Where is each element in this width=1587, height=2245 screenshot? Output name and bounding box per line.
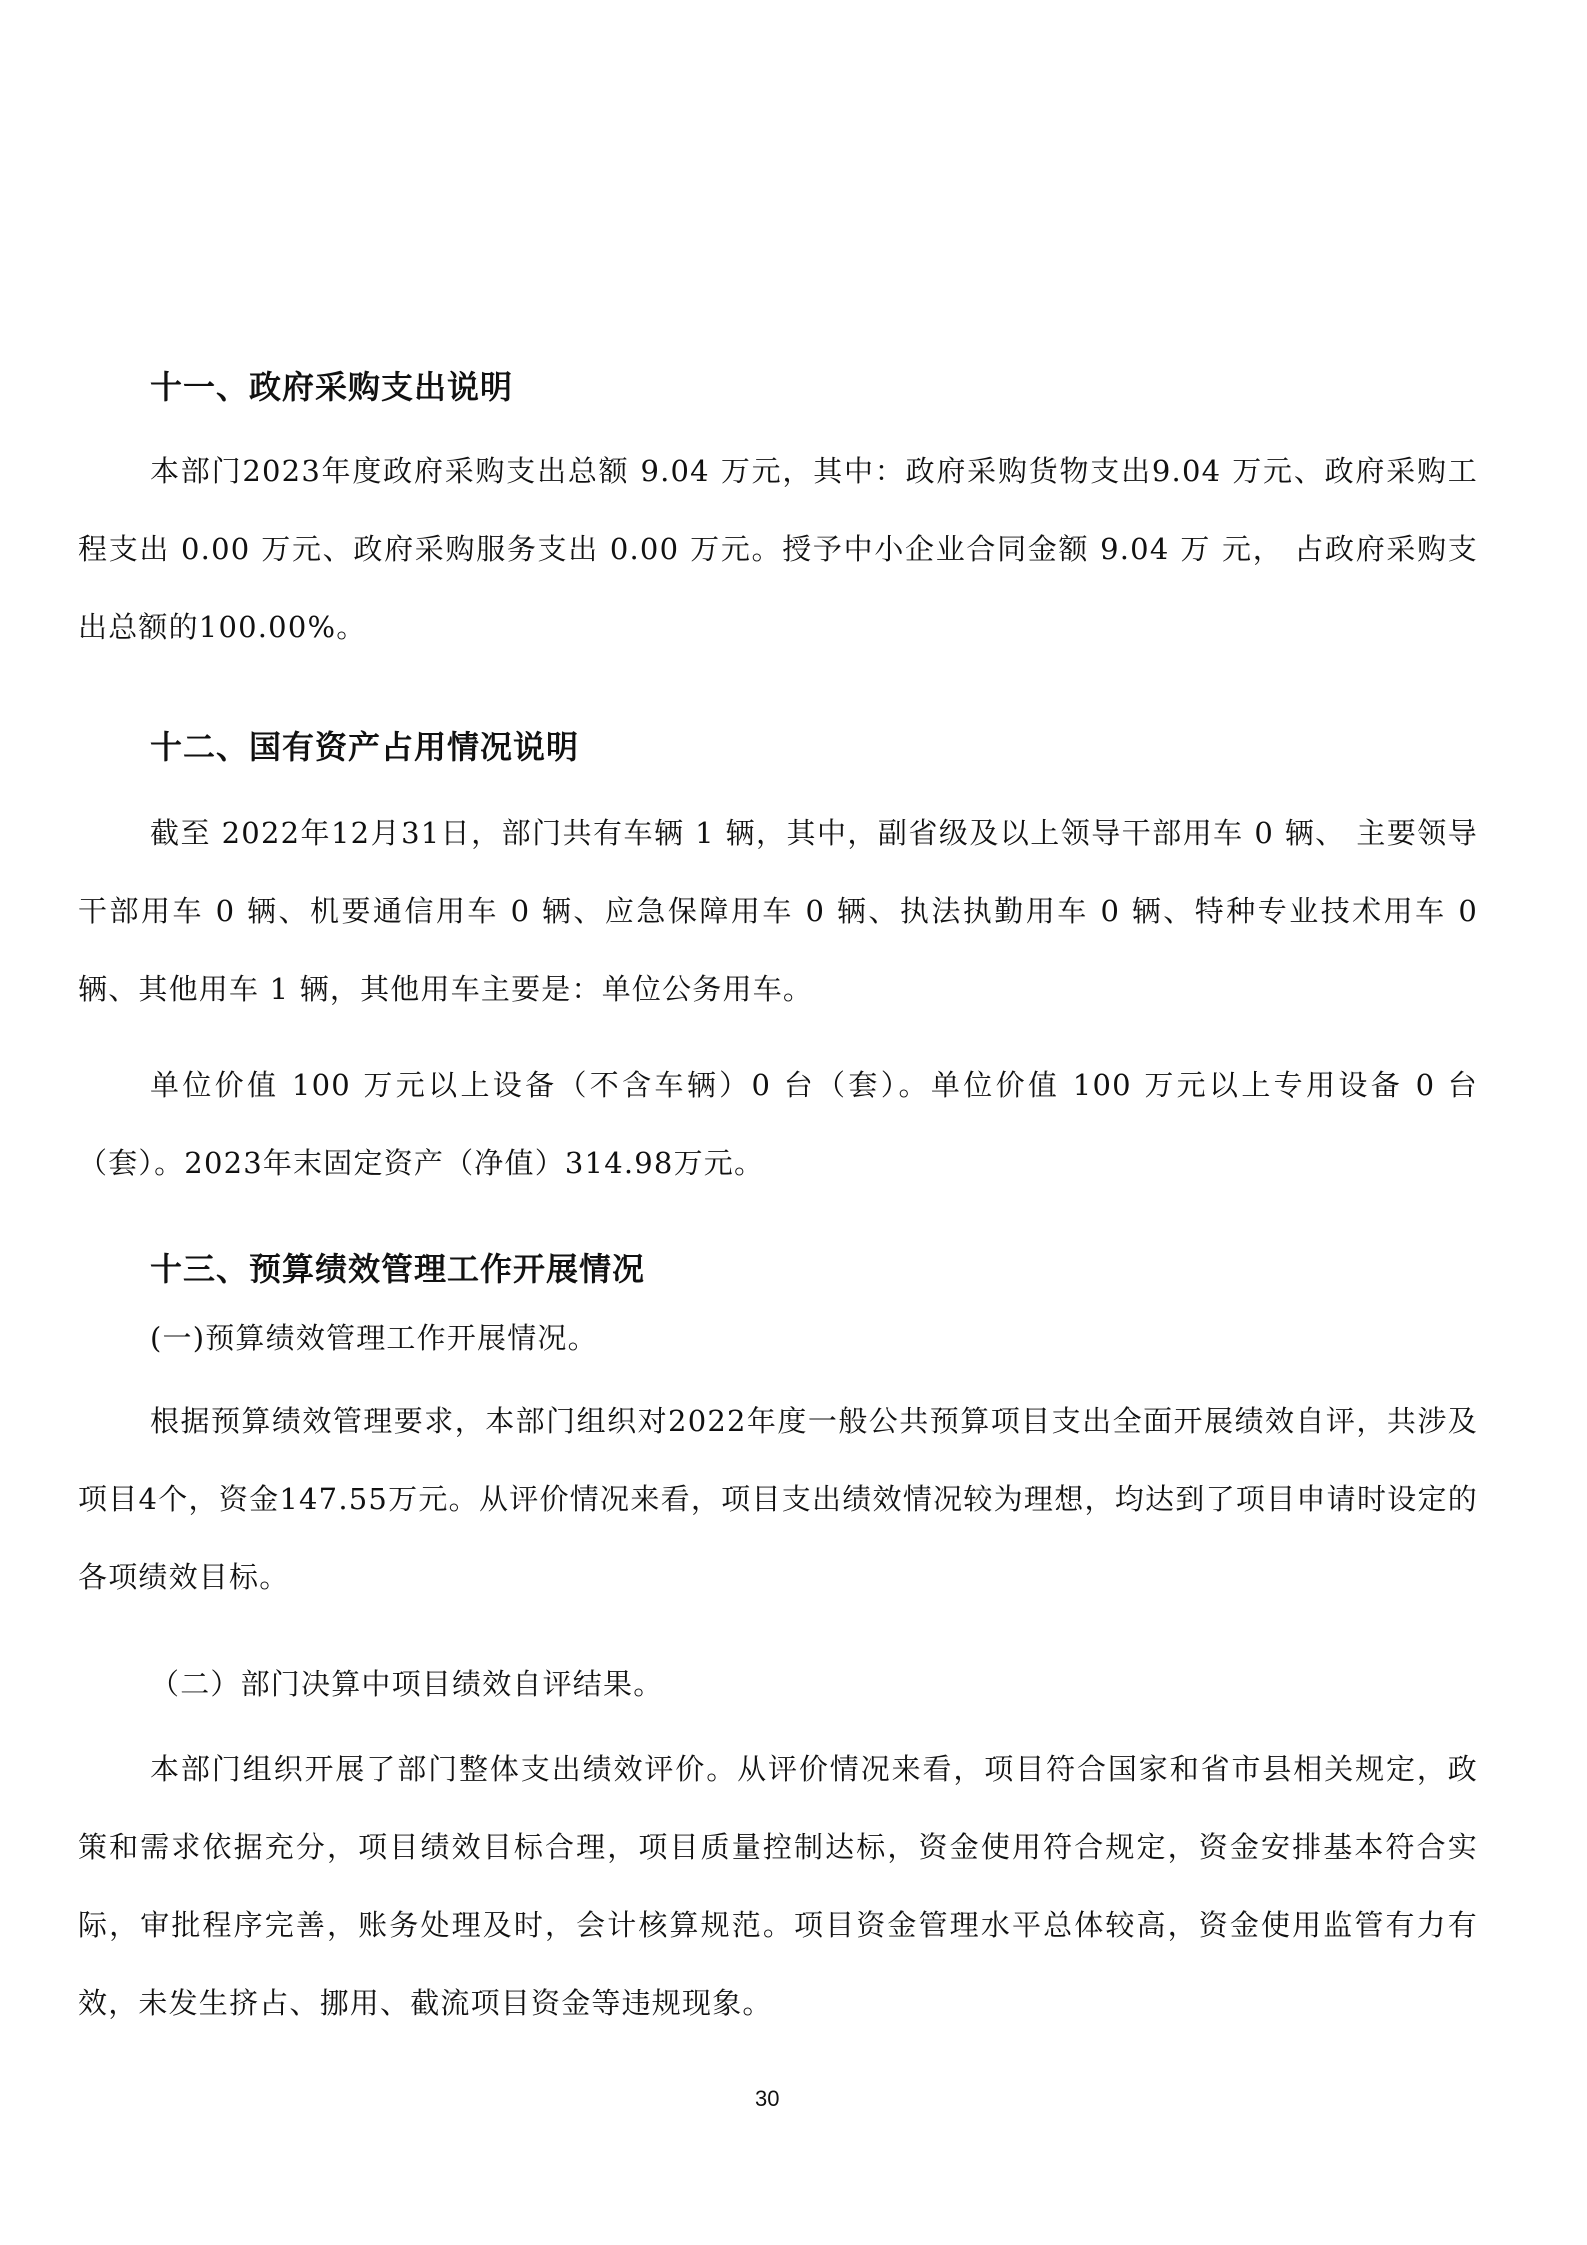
section-11-paragraph: 本部门2023年度政府采购支出总额 9.04 万元，其中：政府采购货物支出9.0… [78,432,1478,666]
section-13-paragraph-1: 根据预算绩效管理要求，本部门组织对2022年度一般公共预算项目支出全面开展绩效自… [78,1382,1478,1616]
section-12-paragraph-vehicles: 截至 2022年12月31日，部门共有车辆 1 辆，其中，副省级及以上领导干部用… [78,794,1478,1028]
section-13-paragraph-2: 本部门组织开展了部门整体支出绩效评价。从评价情况来看，项目符合国家和省市县相关规… [78,1730,1478,2042]
section-12-heading: 十二、国有资产占用情况说明 [150,722,579,768]
page-number: 30 [755,2086,779,2112]
section-11-heading: 十一、政府采购支出说明 [150,362,513,408]
section-13-heading: 十三、预算绩效管理工作开展情况 [150,1244,645,1290]
section-12-paragraph-assets: 单位价值 100 万元以上设备（不含车辆）0 台（套）。单位价值 100 万元以… [78,1046,1478,1202]
section-13-subheading-2: （二）部门决算中项目绩效自评结果。 [150,1662,663,1703]
section-13-subheading-1: (一)预算绩效管理工作开展情况。 [150,1316,598,1357]
